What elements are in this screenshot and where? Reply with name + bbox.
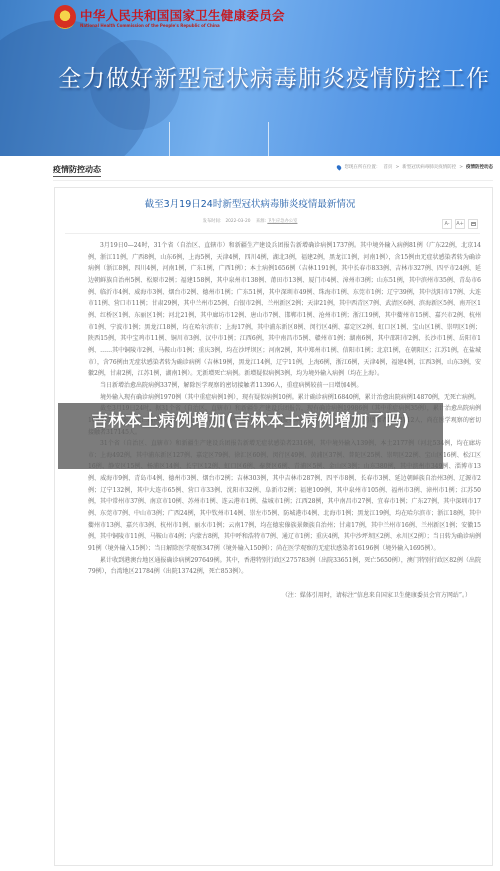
source-link[interactable]: 卫生应急办公室 xyxy=(267,219,297,224)
article-meta: 发布时间： 2022-03-20 来源: 卫生应急办公室 xyxy=(0,218,500,224)
location-pin-icon xyxy=(336,164,342,170)
site-banner: 中华人民共和国国家卫生健康委员会 National Health Commiss… xyxy=(0,0,500,156)
print-button[interactable] xyxy=(468,219,478,229)
publish-label: 发布时间： xyxy=(203,219,224,224)
divider xyxy=(65,233,480,234)
banner-ecg-line xyxy=(268,122,269,156)
breadcrumb-separator: > xyxy=(395,165,399,170)
breadcrumb-separator: > xyxy=(459,165,463,170)
font-larger-button[interactable]: A+ xyxy=(455,219,465,229)
breadcrumb: 您现在所在位置： 首页 > 新型冠状病毒肺炎疫情防控 > 疫情防控动态 xyxy=(337,164,493,170)
org-name-cn[interactable]: 中华人民共和国国家卫生健康委员会 xyxy=(80,6,285,24)
banner-ecg-line xyxy=(169,122,170,156)
banner-slogan: 全力做好新型冠状病毒肺炎疫情防控工作 xyxy=(58,60,490,93)
caption-overlay-text: 吉林本土病例增加(吉林本土病例增加了吗) xyxy=(58,408,443,433)
print-icon xyxy=(471,222,476,226)
breadcrumb-item-covid[interactable]: 新型冠状病毒肺炎疫情防控 xyxy=(402,164,456,170)
article-note: （注：媒体引用时，请标注“信息来自国家卫生健康委员会官方网站”。） xyxy=(88,590,481,602)
divider xyxy=(53,180,493,181)
article-title: 截至3月19日24时新型冠状病毒肺炎疫情最新情况 xyxy=(0,196,500,210)
article-tools: A- A+ xyxy=(442,219,478,229)
breadcrumb-item-home[interactable]: 首页 xyxy=(383,164,392,170)
font-smaller-button[interactable]: A- xyxy=(442,219,452,229)
article-paragraph: 境外输入现有确诊病例1970例（其中重症病例1例），现有疑似病例10例。累计确诊… xyxy=(88,392,481,404)
breadcrumb-prefix: 您现在所在位置： xyxy=(344,164,380,170)
national-emblem-icon[interactable] xyxy=(54,5,76,29)
publish-date: 2022-03-20 xyxy=(225,219,250,224)
breadcrumb-item-current[interactable]: 疫情防控动态 xyxy=(466,164,493,170)
article-paragraph: 3月19日0—24时，31个省（自治区、直辖市）和新疆生产建设兵团报告新增确诊病… xyxy=(88,240,481,380)
article-paragraph: 当日新增治愈出院病例337例，解除医学观察的密切接触者11396人，重症病例较前… xyxy=(88,380,481,392)
section-title[interactable]: 疫情防控动态 xyxy=(53,164,101,177)
org-name-en: National Health Commission of the People… xyxy=(80,23,220,28)
article-paragraph: 累计收到港澳台地区通报确诊病例297649例。其中，香港特别行政区275783例… xyxy=(88,555,481,578)
source-label: 来源: xyxy=(256,219,266,224)
